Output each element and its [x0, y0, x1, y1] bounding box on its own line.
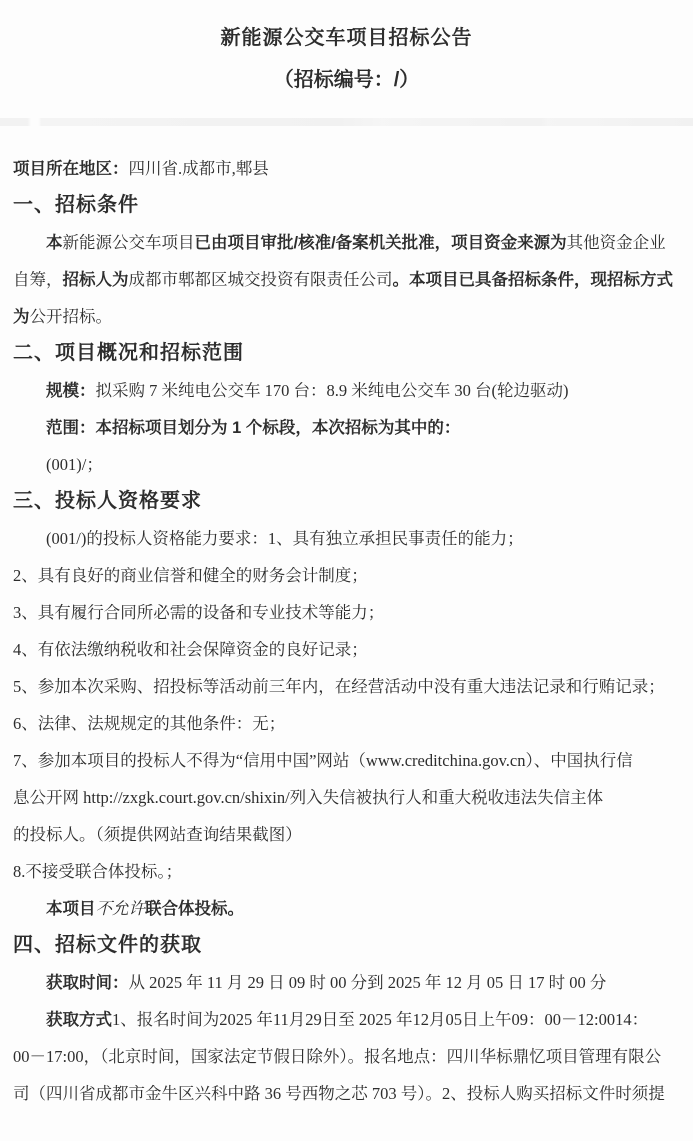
text-segment: 从 2025 年 11 月 29 日 09 时 00 分到 2025 年 12 …	[129, 973, 607, 992]
doc-line: 司（四川省成都市金牛区兴科中路 36 号西物之芯 703 号）。2、投标人购买招…	[13, 1075, 680, 1112]
doc-line: 为公开招标。	[13, 298, 680, 335]
doc-line: 规模：拟采购 7 米纯电公交车 170 台：8.9 米纯电公交车 30 台(轮边…	[13, 372, 680, 409]
text-segment: 新能源公交车项目	[63, 233, 195, 252]
scan-artifact-band	[0, 118, 693, 126]
doc-line: (001/)的投标人资格能力要求：1、具有独立承担民事责任的能力；	[13, 520, 680, 557]
doc-line: 4、有依法缴纳税收和社会保障资金的良好记录；	[13, 631, 680, 668]
doc-line: 6、法律、法规规定的其他条件：无；	[13, 705, 680, 742]
doc-line: 的投标人。（须提供网站查询结果截图）	[13, 816, 680, 853]
text-segment: 本项目	[46, 900, 96, 918]
text-segment: 不允许	[96, 899, 146, 918]
doc-line: 8.不接受联合体投标。；	[13, 853, 680, 890]
doc-line: 本项目不允许联合体投标。	[13, 890, 680, 927]
document-subtitle: （招标编号：/）	[0, 66, 693, 94]
doc-line: 范围：本招标项目划分为 1 个标段，本次招标为其中的：	[13, 409, 680, 446]
text-segment: 获取方式	[46, 1011, 112, 1029]
text-segment: 获取时间：	[46, 974, 129, 992]
doc-line: 7、参加本项目的投标人不得为“信用中国”网站（www.creditchina.g…	[13, 742, 680, 779]
document-page: 新能源公交车项目招标公告 （招标编号：/） 项目所在地区：四川省.成都市,郫县一…	[0, 0, 693, 1141]
text-segment: 的投标人。（须提供网站查询结果截图）	[13, 825, 302, 844]
text-segment: 一、招标条件	[13, 194, 139, 216]
text-segment: 范围：本招标项目划分为 1 个标段，本次招标为其中的：	[46, 419, 460, 437]
doc-line: 2、具有良好的商业信誉和健全的财务会计制度；	[13, 557, 680, 594]
text-segment: 公开招标。	[30, 307, 113, 326]
text-segment: 项目所在地区：	[13, 160, 129, 178]
text-segment: 联合体投标。	[145, 900, 244, 918]
doc-line: 3、具有履行合同所必需的设备和专业技术等能力；	[13, 594, 680, 631]
text-segment: 二、项目概况和招标范围	[13, 342, 244, 364]
text-segment: 息公开网 http://zxgk.court.gov.cn/shixin/列入失…	[13, 788, 603, 807]
text-segment: 拟采购 7 米纯电公交车 170 台：8.9 米纯电公交车 30 台(轮边驱动)	[96, 381, 569, 400]
doc-line: (001)/；	[13, 446, 680, 483]
text-segment: 已由项目审批/核准/备案机关批准，项目资金来源为	[195, 234, 567, 252]
doc-line: 获取方式1、报名时间为2025 年11月29日至 2025 年12月05日上午0…	[13, 1001, 680, 1038]
text-segment: 6、法律、法规规定的其他条件：无；	[13, 714, 285, 733]
doc-line: 5、参加本次采购、招投标等活动前三年内，在经营活动中没有重大违法记录和行贿记录；	[13, 668, 680, 705]
text-segment: 1、报名时间为2025 年11月29日至 2025 年12月05日上午09：00…	[112, 1010, 648, 1029]
document-body: 项目所在地区：四川省.成都市,郫县一、招标条件本新能源公交车项目已由项目审批/核…	[0, 150, 693, 1112]
text-segment: 00－17:00，（北京时间，国家法定节假日除外）。报名地点：四川华标鼎忆项目管…	[13, 1047, 661, 1066]
doc-line: 项目所在地区：四川省.成都市,郫县	[13, 150, 680, 187]
text-segment: 其他资金企业	[567, 233, 666, 252]
section-heading: 二、项目概况和招标范围	[13, 335, 680, 372]
text-segment: 4、有依法缴纳税收和社会保障资金的良好记录；	[13, 640, 368, 659]
text-segment: 成都市郫都区城交投资有限责任公司	[129, 270, 393, 289]
section-heading: 四、招标文件的获取	[13, 927, 680, 964]
text-segment: 三、投标人资格要求	[13, 490, 202, 512]
doc-line: 获取时间：从 2025 年 11 月 29 日 09 时 00 分到 2025 …	[13, 964, 680, 1001]
document-title: 新能源公交车项目招标公告	[0, 0, 693, 52]
text-segment: (001/)的投标人资格能力要求：1、具有独立承担民事责任的能力；	[46, 529, 524, 548]
doc-line: 自筹，招标人为成都市郫都区城交投资有限责任公司。本项目已具备招标条件，现招标方式	[13, 261, 680, 298]
text-segment: 为	[13, 308, 30, 326]
doc-line: 本新能源公交车项目已由项目审批/核准/备案机关批准，项目资金来源为其他资金企业	[13, 224, 680, 261]
text-segment: (001)/；	[46, 455, 103, 474]
text-segment: 自筹，	[13, 270, 63, 289]
text-segment: 2、具有良好的商业信誉和健全的财务会计制度；	[13, 566, 368, 585]
text-segment: 司（四川省成都市金牛区兴科中路 36 号西物之芯 703 号）。2、投标人购买招…	[13, 1084, 665, 1103]
section-heading: 一、招标条件	[13, 187, 680, 224]
text-segment: 四川省.成都市,郫县	[129, 159, 269, 178]
text-segment: 8.不接受联合体投标。；	[13, 862, 182, 881]
text-segment: 本	[46, 234, 63, 252]
text-segment: 四、招标文件的获取	[13, 934, 202, 956]
text-segment: 5、参加本次采购、招投标等活动前三年内，在经营活动中没有重大违法记录和行贿记录；	[13, 677, 665, 696]
text-segment: 7、参加本项目的投标人不得为“信用中国”网站（www.creditchina.g…	[13, 751, 633, 770]
text-segment: 规模：	[46, 382, 96, 400]
section-heading: 三、投标人资格要求	[13, 483, 680, 520]
text-segment: 3、具有履行合同所必需的设备和专业技术等能力；	[13, 603, 384, 622]
text-segment: 招标人为	[63, 271, 129, 289]
text-segment: 。本项目已具备招标条件，现招标方式	[393, 271, 674, 289]
doc-line: 00－17:00，（北京时间，国家法定节假日除外）。报名地点：四川华标鼎忆项目管…	[13, 1038, 680, 1075]
doc-line: 息公开网 http://zxgk.court.gov.cn/shixin/列入失…	[13, 779, 680, 816]
